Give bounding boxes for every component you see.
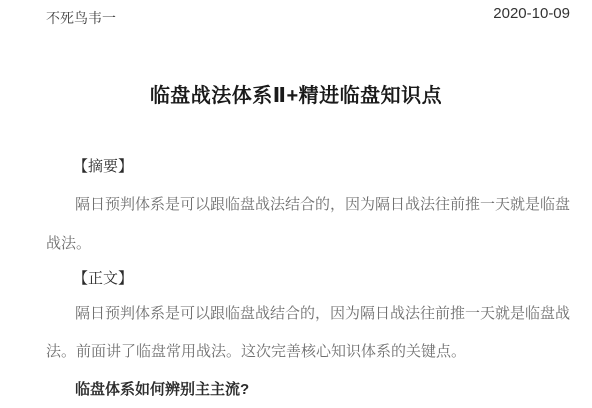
- body-text-line-1: 隔日预判体系是可以跟临盘战结合的，因为隔日战法往前推一天就是临盘战: [75, 305, 570, 323]
- abstract-section-label: 【摘要】: [73, 158, 133, 176]
- abstract-text-line-2: 战法。: [46, 235, 91, 253]
- publish-date: 2020-10-09: [493, 5, 570, 22]
- subheading-question: 临盘体系如何辨别主主流?: [75, 381, 249, 399]
- main-text-section-label: 【正文】: [73, 270, 133, 288]
- article-title: 临盘战法体系Ⅱ+精进临盘知识点: [0, 79, 592, 108]
- body-text-line-2: 法。前面讲了临盘常用战法。这次完善核心知识体系的关键点。: [46, 343, 466, 361]
- article-page: 不死鸟韦一 2020-10-09 临盘战法体系Ⅱ+精进临盘知识点 【摘要】 隔日…: [0, 0, 592, 408]
- author-byline: 不死鸟韦一: [46, 8, 116, 28]
- abstract-text-line-1: 隔日预判体系是可以跟临盘战法结合的，因为隔日战法往前推一天就是临盘: [75, 196, 570, 214]
